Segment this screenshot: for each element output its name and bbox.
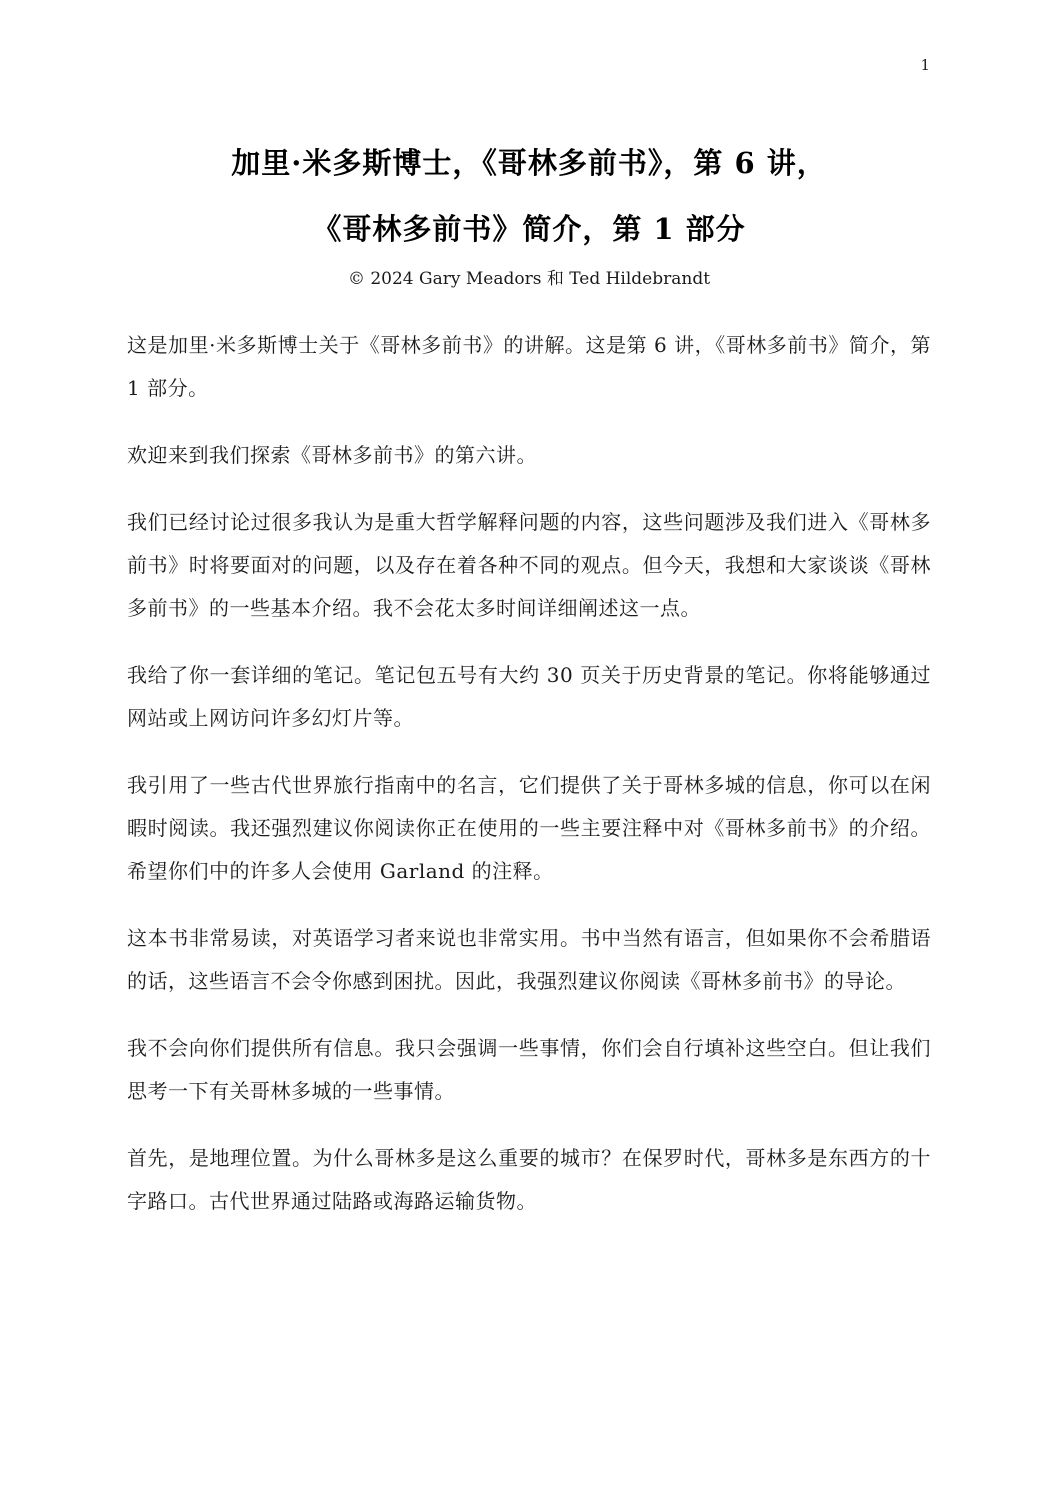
paragraph: 这本书非常易读，对英语学习者来说也非常实用。书中当然有语言，但如果你不会希腊语的… xyxy=(127,917,931,1003)
paragraph: 我引用了一些古代世界旅行指南中的名言，它们提供了关于哥林多城的信息，你可以在闲暇… xyxy=(127,764,931,893)
document-content: 加里·米多斯博士，《哥林多前书》，第 6 讲， 《哥林多前书》简介，第 1 部分… xyxy=(0,0,1058,1223)
paragraph: 首先，是地理位置。为什么哥林多是这么重要的城市？在保罗时代，哥林多是东西方的十字… xyxy=(127,1137,931,1223)
paragraph: 我不会向你们提供所有信息。我只会强调一些事情，你们会自行填补这些空白。但让我们思… xyxy=(127,1027,931,1113)
copyright-byline: © 2024 Gary Meadors 和 Ted Hildebrandt xyxy=(127,266,931,292)
document-title-line-1: 加里·米多斯博士，《哥林多前书》，第 6 讲， xyxy=(127,130,931,196)
document-body: 这是加里·米多斯博士关于《哥林多前书》的讲解。这是第 6 讲，《哥林多前书》简介… xyxy=(127,324,931,1223)
paragraph: 欢迎来到我们探索《哥林多前书》的第六讲。 xyxy=(127,434,931,477)
document-title: 加里·米多斯博士，《哥林多前书》，第 6 讲， 《哥林多前书》简介，第 1 部分 xyxy=(127,130,931,262)
page-number: 1 xyxy=(920,55,930,75)
document-page: 1 加里·米多斯博士，《哥林多前书》，第 6 讲， 《哥林多前书》简介，第 1 … xyxy=(0,0,1058,1497)
paragraph: 我给了你一套详细的笔记。笔记包五号有大约 30 页关于历史背景的笔记。你将能够通… xyxy=(127,654,931,740)
paragraph: 我们已经讨论过很多我认为是重大哲学解释问题的内容，这些问题涉及我们进入《哥林多前… xyxy=(127,501,931,630)
document-title-line-2: 《哥林多前书》简介，第 1 部分 xyxy=(127,196,931,262)
paragraph: 这是加里·米多斯博士关于《哥林多前书》的讲解。这是第 6 讲，《哥林多前书》简介… xyxy=(127,324,931,410)
